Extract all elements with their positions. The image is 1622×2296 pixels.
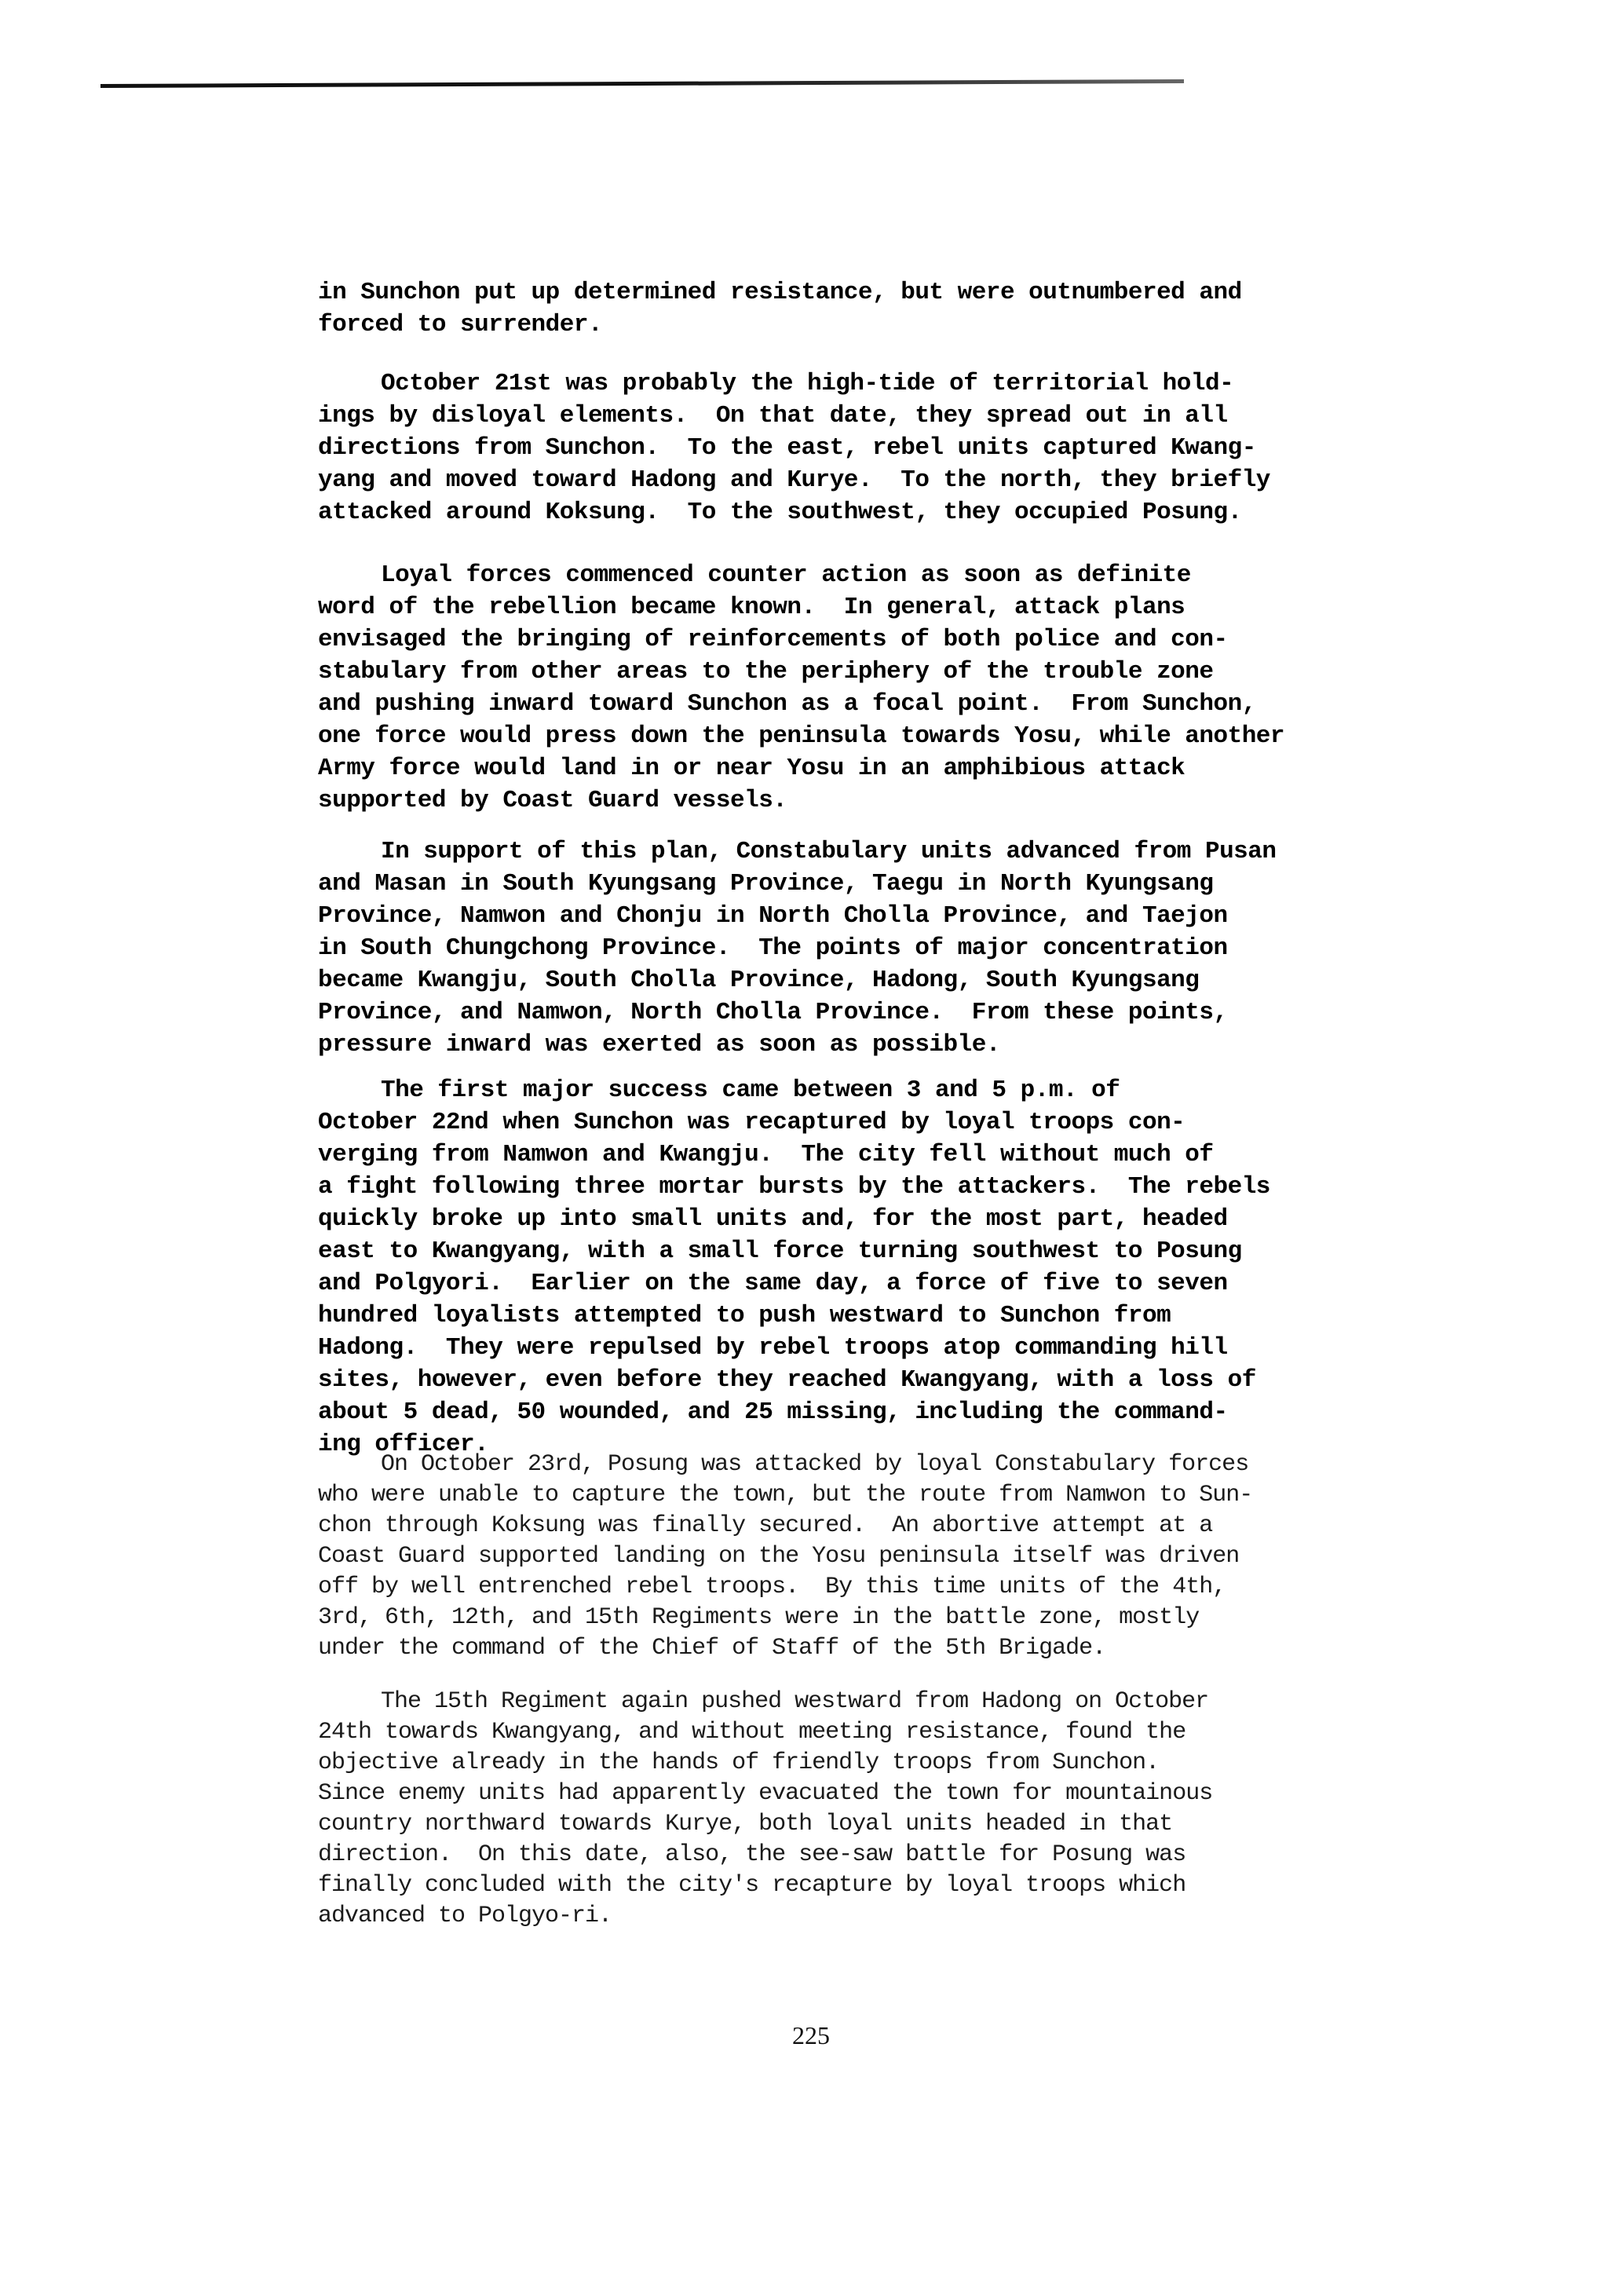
text-line: forced to surrender. (318, 309, 1339, 341)
text-line: a fight following three mortar bursts by… (318, 1171, 1339, 1203)
text-line: in South Chungchong Province. The points… (318, 932, 1339, 964)
text-line: became Kwangju, South Cholla Province, H… (318, 964, 1339, 996)
text-line: quickly broke up into small units and, f… (318, 1203, 1339, 1235)
text-line: ings by disloyal elements. On that date,… (318, 400, 1339, 432)
text-line: Since enemy units had apparently evacuat… (318, 1779, 1339, 1809)
text-line: attacked around Koksung. To the southwes… (318, 496, 1339, 528)
text-line: Province, and Namwon, North Cholla Provi… (318, 996, 1339, 1029)
text-line: In support of this plan, Constabulary un… (318, 835, 1339, 868)
text-line: who were unable to capture the town, but… (318, 1480, 1339, 1511)
paragraph-loyal-forces: Loyal forces commenced counter action as… (318, 559, 1339, 817)
text-line: October 21st was probably the high-tide … (318, 367, 1339, 400)
text-line: envisaged the bringing of reinforcements… (318, 623, 1339, 656)
text-line: directions from Sunchon. To the east, re… (318, 432, 1339, 464)
text-line: and pushing inward toward Sunchon as a f… (318, 688, 1339, 720)
text-line: about 5 dead, 50 wounded, and 25 missing… (318, 1396, 1339, 1428)
paragraph-october-23: On October 23rd, Posung was attacked by … (318, 1450, 1339, 1664)
text-line: On October 23rd, Posung was attacked by … (318, 1450, 1339, 1480)
text-line: finally concluded with the city's recapt… (318, 1870, 1339, 1901)
text-line: east to Kwangyang, with a small force tu… (318, 1235, 1339, 1267)
text-line: hundred loyalists attempted to push west… (318, 1300, 1339, 1332)
text-line: The 15th Regiment again pushed westward … (318, 1687, 1339, 1717)
text-line: and Polgyori. Earlier on the same day, a… (318, 1267, 1339, 1300)
text-line: objective already in the hands of friend… (318, 1748, 1339, 1779)
text-line: Loyal forces commenced counter action as… (318, 559, 1339, 591)
paragraph-october-21: October 21st was probably the high-tide … (318, 367, 1339, 528)
paragraph-in-support: In support of this plan, Constabulary un… (318, 835, 1339, 1061)
paragraph-continuation: in Sunchon put up determined resistance,… (318, 276, 1339, 341)
text-line: stabulary from other areas to the periph… (318, 656, 1339, 688)
text-line: under the command of the Chief of Staff … (318, 1633, 1339, 1664)
text-line: off by well entrenched rebel troops. By … (318, 1572, 1339, 1603)
text-line: yang and moved toward Hadong and Kurye. … (318, 464, 1339, 496)
text-line: October 22nd when Sunchon was recaptured… (318, 1106, 1339, 1139)
text-line: pressure inward was exerted as soon as p… (318, 1029, 1339, 1061)
text-line: and Masan in South Kyungsang Province, T… (318, 868, 1339, 900)
text-line: Hadong. They were repulsed by rebel troo… (318, 1332, 1339, 1364)
text-line: Army force would land in or near Yosu in… (318, 752, 1339, 784)
text-line: word of the rebellion became known. In g… (318, 591, 1339, 623)
text-line: The first major success came between 3 a… (318, 1074, 1339, 1106)
text-line: sites, however, even before they reached… (318, 1364, 1339, 1396)
paragraph-first-success: The first major success came between 3 a… (318, 1074, 1339, 1461)
text-line: in Sunchon put up determined resistance,… (318, 276, 1339, 309)
paragraph-15th-regiment: The 15th Regiment again pushed westward … (318, 1687, 1339, 1932)
text-line: Province, Namwon and Chonju in North Cho… (318, 900, 1339, 932)
text-line: supported by Coast Guard vessels. (318, 784, 1339, 817)
text-line: 24th towards Kwangyang, and without meet… (318, 1717, 1339, 1748)
text-line: chon through Koksung was finally secured… (318, 1511, 1339, 1541)
text-line: country northward towards Kurye, both lo… (318, 1809, 1339, 1840)
top-rule (100, 79, 1184, 88)
text-line: one force would press down the peninsula… (318, 720, 1339, 752)
text-line: Coast Guard supported landing on the Yos… (318, 1541, 1339, 1572)
text-line: 3rd, 6th, 12th, and 15th Regiments were … (318, 1603, 1339, 1633)
text-line: verging from Namwon and Kwangju. The cit… (318, 1139, 1339, 1171)
text-line: direction. On this date, also, the see-s… (318, 1840, 1339, 1870)
document-page: in Sunchon put up determined resistance,… (0, 0, 1622, 2296)
page-number: 225 (0, 2021, 1622, 2050)
text-line: advanced to Polgyo-ri. (318, 1901, 1339, 1932)
